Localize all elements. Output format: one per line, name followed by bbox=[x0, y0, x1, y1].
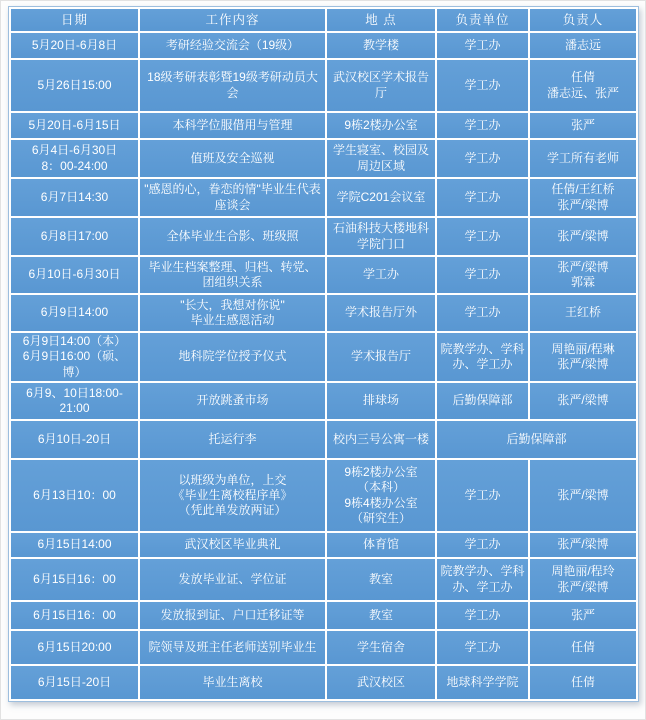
table-cell: 6月10日-20日 bbox=[11, 421, 138, 458]
table-cell: 18级考研表彰暨19级考研动员大会 bbox=[140, 60, 325, 111]
table-row: 6月8日17:00全体毕业生合影、班级照石油科技大楼地科学院门口学工办张严/梁博 bbox=[11, 218, 636, 255]
table-cell: 武汉校区 bbox=[327, 666, 435, 699]
column-header: 日期 bbox=[11, 9, 138, 31]
table-cell: 学术报告厅外 bbox=[327, 295, 435, 331]
table-cell: 6月4日-6月30日 8：00-24:00 bbox=[11, 140, 138, 177]
table-cell: 学生寝室、校园及周边区域 bbox=[327, 140, 435, 177]
table-cell: 开放跳蚤市场 bbox=[140, 383, 325, 419]
table-row: 6月15日20:00院领导及班主任老师送别毕业生学生宿舍学工办任倩 bbox=[11, 631, 636, 664]
table-cell: 学工办 bbox=[437, 60, 528, 111]
table-cell: 学工办 bbox=[327, 257, 435, 293]
table-cell: 学工办 bbox=[437, 218, 528, 255]
table-cell: 学工办 bbox=[437, 533, 528, 557]
table-row: 6月15日14:00武汉校区毕业典礼体育馆学工办张严/梁博 bbox=[11, 533, 636, 557]
table-row: 6月7日14:30"感恩的心，眷恋的情"毕业生代表座谈会学院C201会议室学工办… bbox=[11, 179, 636, 216]
table-body: 5月20日-6月8日考研经验交流会（19级）教学楼学工办潘志远5月26日15:0… bbox=[11, 33, 636, 699]
table-cell: 校内三号公寓一楼 bbox=[327, 421, 435, 458]
schedule-screenshot: 日期工作内容地 点负责单位负责人 5月20日-6月8日考研经验交流会（19级）教… bbox=[0, 0, 646, 720]
table-row: 6月15日16：00发放报到证、户口迁移证等教室学工办张严 bbox=[11, 602, 636, 629]
table-cell: 以班级为单位，上交 《毕业生离校程序单》 （凭此单发放两证） bbox=[140, 460, 325, 531]
table-cell: 教室 bbox=[327, 559, 435, 600]
table-cell: 6月15日20:00 bbox=[11, 631, 138, 664]
table-cell: 学术报告厅 bbox=[327, 333, 435, 381]
table-row: 6月13日10：00以班级为单位，上交 《毕业生离校程序单》 （凭此单发放两证）… bbox=[11, 460, 636, 531]
table-cell: 5月20日-6月15日 bbox=[11, 113, 138, 138]
table-cell: 值班及安全巡视 bbox=[140, 140, 325, 177]
table-cell: 全体毕业生合影、班级照 bbox=[140, 218, 325, 255]
table-cell: 学工所有老师 bbox=[530, 140, 636, 177]
table-cell: 张严 bbox=[530, 113, 636, 138]
table-cell: 6月9日14:00（本） 6月9日16:00（硕、博） bbox=[11, 333, 138, 381]
table-cell: 任倩/王红桥 张严/梁博 bbox=[530, 179, 636, 216]
table-row: 6月15日16：00发放毕业证、学位证教室院教学办、学科办、学工办周艳丽/程玲 … bbox=[11, 559, 636, 600]
table-row: 6月15日-20日毕业生离校武汉校区地球科学学院任倩 bbox=[11, 666, 636, 699]
table-cell: 任倩 bbox=[530, 666, 636, 699]
table-cell: 地球科学学院 bbox=[437, 666, 528, 699]
table-cell: 潘志远 bbox=[530, 33, 636, 58]
table-cell: 学工办 bbox=[437, 113, 528, 138]
table-cell: 石油科技大楼地科学院门口 bbox=[327, 218, 435, 255]
table-row: 6月10日-6月30日毕业生档案整理、归档、转党、团组织关系学工办学工办张严/梁… bbox=[11, 257, 636, 293]
table-cell: 6月9日14:00 bbox=[11, 295, 138, 331]
column-header: 工作内容 bbox=[140, 9, 325, 31]
table-cell: 学工办 bbox=[437, 140, 528, 177]
table-cell: 本科学位服借用与管理 bbox=[140, 113, 325, 138]
column-header: 负责人 bbox=[530, 9, 636, 31]
column-header: 地 点 bbox=[327, 9, 435, 31]
table-cell: 毕业生档案整理、归档、转党、团组织关系 bbox=[140, 257, 325, 293]
table-cell: 院教学办、学科办、学工办 bbox=[437, 559, 528, 600]
table-cell: 6月15日14:00 bbox=[11, 533, 138, 557]
table-row: 6月10日-20日托运行李校内三号公寓一楼后勤保障部 bbox=[11, 421, 636, 458]
table-cell: 学工办 bbox=[437, 33, 528, 58]
table-row: 6月9、10日18:00-21:00开放跳蚤市场排球场后勤保障部张严/梁博 bbox=[11, 383, 636, 419]
column-header: 负责单位 bbox=[437, 9, 528, 31]
table-cell: 体育馆 bbox=[327, 533, 435, 557]
table-cell: 学工办 bbox=[437, 257, 528, 293]
table-cell: 6月7日14:30 bbox=[11, 179, 138, 216]
table-cell: 周艳丽/程玲 张严/梁博 bbox=[530, 559, 636, 600]
table-cell: 发放毕业证、学位证 bbox=[140, 559, 325, 600]
table-cell: 教室 bbox=[327, 602, 435, 629]
table-cell: 学工办 bbox=[437, 602, 528, 629]
table-cell: 张严 bbox=[530, 602, 636, 629]
table-cell: 5月20日-6月8日 bbox=[11, 33, 138, 58]
table-cell: 教学楼 bbox=[327, 33, 435, 58]
table-cell: 院教学办、学科办、学工办 bbox=[437, 333, 528, 381]
table-cell: "长大，我想对你说" 毕业生感恩活动 bbox=[140, 295, 325, 331]
table-cell: 毕业生离校 bbox=[140, 666, 325, 699]
table-cell: 学工办 bbox=[437, 179, 528, 216]
table-row: 5月20日-6月8日考研经验交流会（19级）教学楼学工办潘志远 bbox=[11, 33, 636, 58]
table-cell: 王红桥 bbox=[530, 295, 636, 331]
table-cell: 6月15日16：00 bbox=[11, 602, 138, 629]
table-row: 6月9日14:00（本） 6月9日16:00（硕、博）地科院学位授予仪式学术报告… bbox=[11, 333, 636, 381]
table-cell: 周艳丽/程琳 张严/梁博 bbox=[530, 333, 636, 381]
table-cell: 学工办 bbox=[437, 460, 528, 531]
table-cell: 任倩 潘志远、张严 bbox=[530, 60, 636, 111]
table-cell: 学院C201会议室 bbox=[327, 179, 435, 216]
table-cell: 学工办 bbox=[437, 631, 528, 664]
table-container: 日期工作内容地 点负责单位负责人 5月20日-6月8日考研经验交流会（19级）教… bbox=[8, 6, 639, 702]
table-cell: 学工办 bbox=[437, 295, 528, 331]
table-cell: 6月9、10日18:00-21:00 bbox=[11, 383, 138, 419]
table-cell: 6月13日10：00 bbox=[11, 460, 138, 531]
table-cell: 托运行李 bbox=[140, 421, 325, 458]
table-cell: 考研经验交流会（19级） bbox=[140, 33, 325, 58]
table-cell: 6月15日-20日 bbox=[11, 666, 138, 699]
table-cell: 地科院学位授予仪式 bbox=[140, 333, 325, 381]
schedule-table: 日期工作内容地 点负责单位负责人 5月20日-6月8日考研经验交流会（19级）教… bbox=[8, 6, 639, 702]
table-cell: "感恩的心，眷恋的情"毕业生代表座谈会 bbox=[140, 179, 325, 216]
table-cell: 张严/梁博 bbox=[530, 533, 636, 557]
header-row: 日期工作内容地 点负责单位负责人 bbox=[11, 9, 636, 31]
table-row: 5月20日-6月15日本科学位服借用与管理9栋2楼办公室学工办张严 bbox=[11, 113, 636, 138]
table-cell: 后勤保障部 bbox=[437, 421, 636, 458]
table-cell: 任倩 bbox=[530, 631, 636, 664]
table-cell: 张严/梁博 郭霖 bbox=[530, 257, 636, 293]
table-cell: 武汉校区毕业典礼 bbox=[140, 533, 325, 557]
table-cell: 6月8日17:00 bbox=[11, 218, 138, 255]
table-cell: 9栋2楼办公室 bbox=[327, 113, 435, 138]
table-cell: 后勤保障部 bbox=[437, 383, 528, 419]
table-cell: 排球场 bbox=[327, 383, 435, 419]
table-cell: 张严/梁博 bbox=[530, 383, 636, 419]
table-cell: 6月15日16：00 bbox=[11, 559, 138, 600]
table-cell: 5月26日15:00 bbox=[11, 60, 138, 111]
table-cell: 武汉校区学术报告厅 bbox=[327, 60, 435, 111]
table-cell: 9栋2楼办公室 （本科） 9栋4楼办公室 （研究生） bbox=[327, 460, 435, 531]
table-row: 6月4日-6月30日 8：00-24:00值班及安全巡视学生寝室、校园及周边区域… bbox=[11, 140, 636, 177]
table-cell: 张严/梁博 bbox=[530, 460, 636, 531]
table-row: 5月26日15:0018级考研表彰暨19级考研动员大会武汉校区学术报告厅学工办任… bbox=[11, 60, 636, 111]
table-cell: 发放报到证、户口迁移证等 bbox=[140, 602, 325, 629]
table-row: 6月9日14:00"长大，我想对你说" 毕业生感恩活动学术报告厅外学工办王红桥 bbox=[11, 295, 636, 331]
table-header: 日期工作内容地 点负责单位负责人 bbox=[11, 9, 636, 31]
table-cell: 学生宿舍 bbox=[327, 631, 435, 664]
table-cell: 6月10日-6月30日 bbox=[11, 257, 138, 293]
table-cell: 张严/梁博 bbox=[530, 218, 636, 255]
table-cell: 院领导及班主任老师送别毕业生 bbox=[140, 631, 325, 664]
